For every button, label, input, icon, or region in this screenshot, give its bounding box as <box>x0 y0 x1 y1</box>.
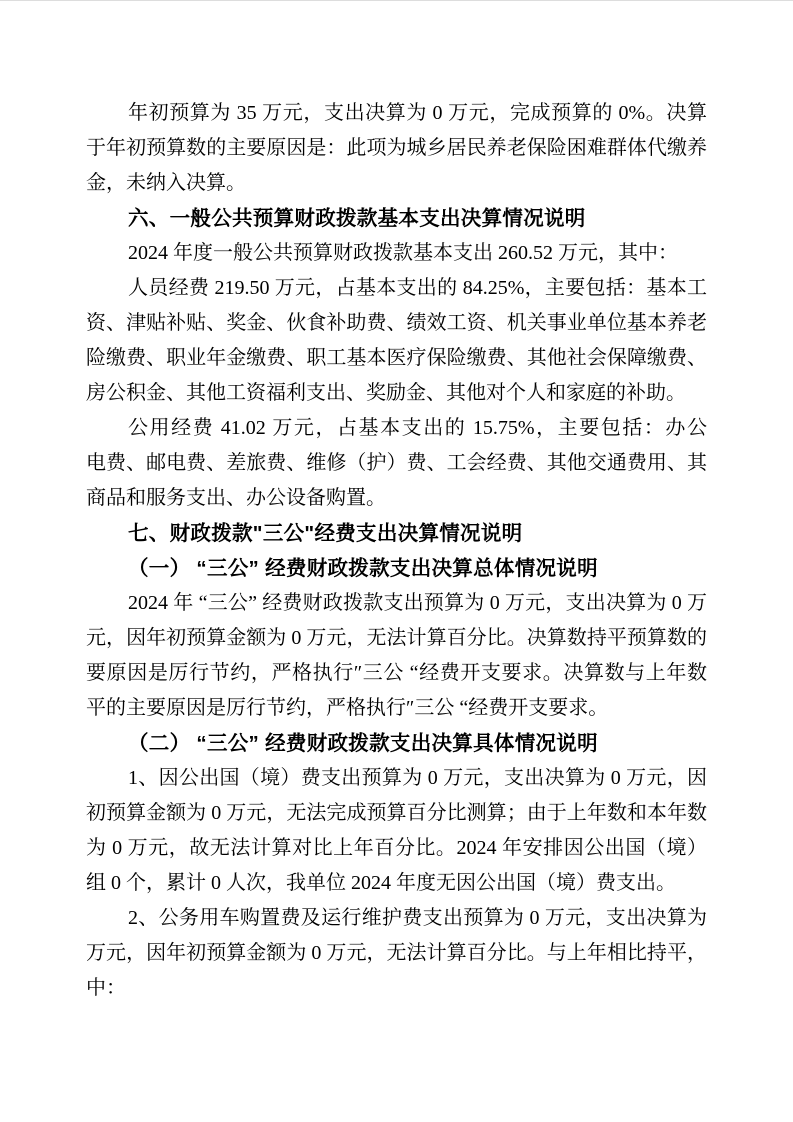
section-heading: （二） “三公” 经费财政拨款支出决算具体情况说明 <box>86 726 707 761</box>
text-line: 2024 年 “三公” 经费财政拨款支出预算为 0 万元，支出决算为 0 万 <box>86 586 707 621</box>
text-line: 商品和服务支出、办公设备购置。 <box>86 481 707 516</box>
text-line: 2、公务用车购置费及运行维护费支出预算为 0 万元，支出决算为 0 <box>86 901 707 936</box>
text-line: 1、因公出国（境）费支出预算为 0 万元，支出决算为 0 万元，因年 <box>86 761 707 796</box>
section-heading: （一） “三公” 经费财政拨款支出决算总体情况说明 <box>86 551 707 586</box>
text-line: 初预算金额为 0 万元，无法完成预算百分比测算；由于上年数和本年数都 <box>86 796 707 831</box>
text-line: 于年初预算数的主要原因是：此项为城乡居民养老保险困难群体代缴养老 <box>86 131 707 166</box>
text-line: 电费、邮电费、差旅费、维修（护）费、工会经费、其他交通费用、其他 <box>86 446 707 481</box>
text-line: 平的主要原因是厉行节约，严格执行″三公 “经费开支要求。 <box>86 691 707 726</box>
section-heading: 七、财政拨款"三公"经费支出决算情况说明 <box>86 516 707 551</box>
text-line: 金，未纳入决算。 <box>86 166 707 201</box>
page-top-edge <box>0 0 793 1</box>
text-line: 险缴费、职业年金缴费、职工基本医疗保险缴费、其他社会保障缴费、住 <box>86 341 707 376</box>
text-line: 中： <box>86 971 707 1006</box>
text-line: 元，因年初预算金额为 0 万元，无法计算百分比。决算数持平预算数的主 <box>86 621 707 656</box>
text-line: 万元，因年初预算金额为 0 万元，无法计算百分比。与上年相比持平，其 <box>86 936 707 971</box>
text-line: 资、津贴补贴、奖金、伙食补助费、绩效工资、机关事业单位基本养老保 <box>86 306 707 341</box>
text-line: 要原因是厉行节约，严格执行″三公 “经费开支要求。决算数与上年数持 <box>86 656 707 691</box>
document-body: 年初预算为 35 万元，支出决算为 0 万元，完成预算的 0%。决算数小于年初预… <box>86 96 707 1006</box>
section-heading: 六、一般公共预算财政拨款基本支出决算情况说明 <box>86 201 707 236</box>
text-line: 为 0 万元，故无法计算对比上年百分比。2024 年安排因公出国（境）团 <box>86 831 707 866</box>
text-line: 房公积金、其他工资福利支出、奖励金、其他对个人和家庭的补助。 <box>86 376 707 411</box>
text-line: 2024 年度一般公共预算财政拨款基本支出 260.52 万元，其中： <box>86 236 707 271</box>
text-line: 人员经费 219.50 万元，占基本支出的 84.25%，主要包括：基本工 <box>86 271 707 306</box>
text-line: 年初预算为 35 万元，支出决算为 0 万元，完成预算的 0%。决算数小 <box>86 96 707 131</box>
text-line: 组 0 个，累计 0 人次，我单位 2024 年度无因公出国（境）费支出。 <box>86 866 707 901</box>
text-line: 公用经费 41.02 万元，占基本支出的 15.75%，主要包括：办公费、 <box>86 411 707 446</box>
